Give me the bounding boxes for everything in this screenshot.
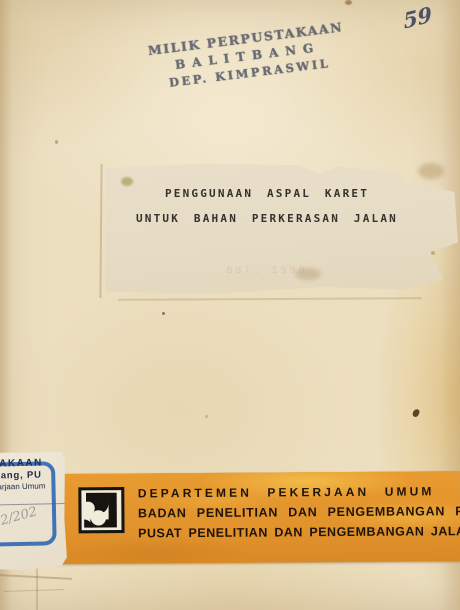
paper-crease xyxy=(99,164,102,298)
sticker-text-block: AKAAN ang, PU arjaan Umum xyxy=(0,457,70,492)
paper-crease xyxy=(36,568,38,610)
library-ownership-stamp: MILIK PERPUSTAKAAN BALITBANG DEP. KIMPRA… xyxy=(138,18,357,93)
paper-stain xyxy=(418,163,444,179)
sticker-line-3: arjaan Umum xyxy=(0,481,70,492)
publisher-banner: DEPARTEMEN PEKERJAAN UMUM BADAN PENELITI… xyxy=(54,471,460,564)
pu-logo-icon xyxy=(78,487,125,534)
title-line-2: UNTUK BAHAN PERKERASAN JALAN xyxy=(98,212,436,225)
library-sticker: AKAAN ang, PU arjaan Umum 2/202 xyxy=(0,451,67,571)
title-text-block: PENGGUNAAN ASPAL KARET UNTUK BAHAN PERKE… xyxy=(98,187,436,225)
paper-crease xyxy=(4,589,64,592)
title-label-paper: PENGGUNAAN ASPAL KARET UNTUK BAHAN PERKE… xyxy=(98,161,458,301)
paper-speck xyxy=(205,415,208,418)
paper-speck xyxy=(162,312,165,315)
sticker-line-2: ang, PU xyxy=(0,469,69,482)
title-line-1: PENGGUNAAN ASPAL KARET xyxy=(98,187,436,200)
pu-department-logo-icon xyxy=(78,487,125,534)
sticker-line-1: AKAAN xyxy=(0,457,69,470)
banner-line-center: PUSAT PENELITIAN DAN PENGEMBANGAN JALAN xyxy=(138,524,460,540)
handwritten-corner-number: 59 xyxy=(402,1,433,33)
banner-line-department: DEPARTEMEN PEKERJAAN UMUM xyxy=(138,484,460,500)
faded-label-note: Bdl. 1990 xyxy=(98,265,436,276)
book-cover-scan: MILIK PERPUSTAKAAN BALITBANG DEP. KIMPRA… xyxy=(0,0,460,610)
paper-crease xyxy=(118,297,422,301)
banner-line-agency: BADAN PENELITIAN DAN PENGEMBANGAN PU xyxy=(138,504,460,520)
paper-speck xyxy=(55,140,58,144)
paper-crease xyxy=(0,574,72,580)
paper-speck xyxy=(412,408,421,418)
banner-text-block: DEPARTEMEN PEKERJAAN UMUM BADAN PENELITI… xyxy=(138,484,460,540)
paper-stain xyxy=(345,0,352,5)
